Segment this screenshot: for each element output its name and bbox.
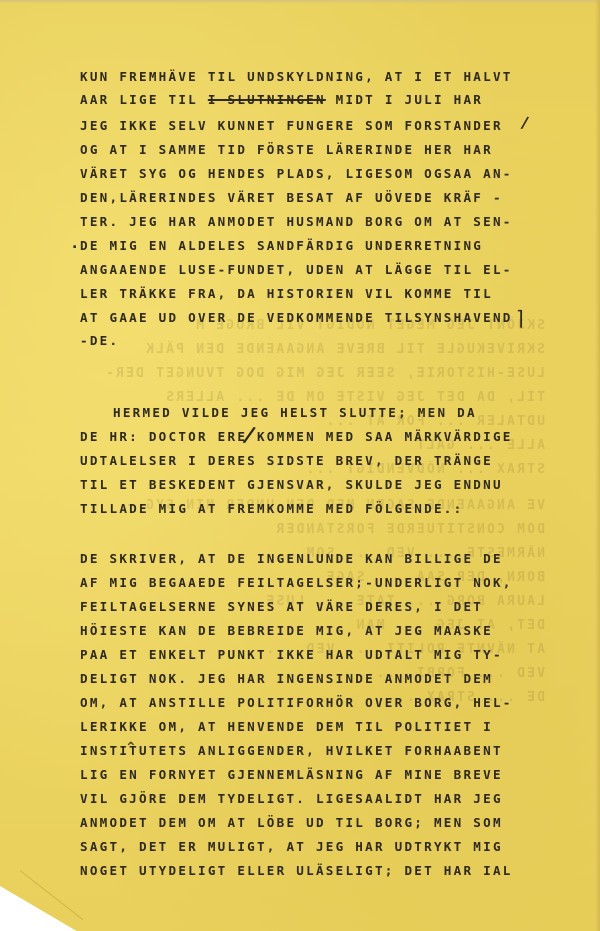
- text-line: FEILTAGELSERNE SYNES AT VÄRE DERES, I DE…: [80, 601, 483, 614]
- text-line: NOGET UTYDELIGT ELLER ULÄSELIGT; DET HAR…: [80, 865, 513, 878]
- text-line: DE MIG EN ALDELES SANDFÄRDIG UNDERRETNIN…: [80, 240, 483, 253]
- text-line: UDTALELSER I DERES SIDSTE BREV, DER TRÄN…: [80, 455, 493, 468]
- bleed-through-line: SKRIVEKUGLE TIL BREVE ANGAAENDE DEN PÄLK: [85, 342, 545, 357]
- text-line: LERIKKE OM, AT HENVENDE DEM TIL POLITIET…: [80, 721, 493, 734]
- line-prefix: AAR LIGE TIL: [80, 92, 208, 107]
- text-line: INSTITUTETS ANLIGGENDER, HVILKET FORHAAB…: [80, 745, 503, 758]
- text-line: LER TRÄKKE FRA, DA HISTORIEN VIL KOMME T…: [80, 288, 493, 301]
- text-line: HÖIESTE KAN DE BEBREIDE MIG, AT JEG MAAS…: [80, 625, 493, 638]
- paper-right-edge: [595, 0, 600, 931]
- text-line: -DE.: [80, 335, 119, 348]
- handwritten-comma-mark: /: [520, 113, 530, 133]
- text-line: PAA ET ENKELT PUNKT IKKE HAR UDTALT MIG …: [80, 649, 503, 662]
- text-line: JEG IKKE SELV KUNNET FUNGERE SOM FORSTAN…: [80, 120, 503, 133]
- text-line: VÄRET SYG OG HENDES PLADS, LIGESOM OGSAA…: [80, 168, 513, 181]
- struck-out-word: I SLUTNINGEN: [208, 92, 326, 107]
- bleed-through-line: DOM CONSTITUERDE FORSTANDER: [85, 522, 545, 537]
- text-line: DE SKRIVER, AT DE INGENLUNDE KAN BILLIGE…: [80, 553, 503, 566]
- text-line: SAGT, DET ER MULIGT, AT JEG HAR UDTRYKT …: [80, 841, 503, 854]
- text-line: DELIGT NOK. JEG HAR INGENSINDE ANMODET D…: [80, 673, 493, 686]
- text-line: LIG EN FORNYET GJENNEMLÄSNING AF MINE BR…: [80, 769, 503, 782]
- line-suffix: MIDT I JULI HAR: [326, 92, 483, 107]
- bleed-through-line: TIL, DA DET JEG VISTE OM DE ... ALLERS: [85, 390, 545, 405]
- text-line: DE HR: DOCTOR ERE KOMMEN MED SAA MÄRKVÄR…: [80, 431, 513, 444]
- text-line: VIL GJÖRE DEM TYDELIGT. LIGESAALIDT HAR …: [80, 793, 503, 806]
- letter-page: SKJÖNT JEG MEGET NÖDIGT VIL BRUGE MSKRIV…: [0, 0, 600, 931]
- text-line: AT GAAE UD OVER DE VEDKOMMENDE TILSYNSHA…: [80, 312, 513, 325]
- text-line: DEN,LÄRERINDES VÄRET BESAT AF UÖVEDE KRÄ…: [80, 192, 503, 205]
- text-line: KUN FREMHÄVE TIL UNDSKYLDNING, AT I ET H…: [80, 71, 513, 84]
- text-line: ANGAAENDE LUSE-FUNDET, UDEN AT LÄGGE TIL…: [80, 264, 513, 277]
- text-line: TILLADE MIG AT FREMKOMME MED FÖLGENDE.:: [80, 503, 463, 516]
- text-line-with-strikethrough: AAR LIGE TIL I SLUTNINGEN MIDT I JULI HA…: [80, 94, 483, 107]
- text-line: OG AT I SAMME TID FÖRSTE LÄRERINDE HER H…: [80, 144, 493, 157]
- text-line: TIL ET BESKEDENT GJENSVAR, SKULDE JEG EN…: [80, 479, 503, 492]
- folded-page-corner: [0, 871, 90, 931]
- handwritten-hook-mark: ⌉: [516, 306, 524, 330]
- handwritten-insertion-caret: ⌃: [125, 740, 137, 756]
- text-line-indented: HERMED VILDE JEG HELST SLUTTE; MEN DA: [113, 407, 477, 420]
- bleed-through-line: LUSE-HISTORIE, SEER JEG MIG DOG TVUNGET …: [85, 366, 545, 381]
- paper-top-edge: [0, 0, 600, 4]
- text-line: AF MIG BEGAAEDE FEILTAGELSER;-UNDERLIGT …: [80, 577, 513, 590]
- text-line: ANMODET DEM OM AT LÖBE UD TIL BORG; MEN …: [80, 817, 503, 830]
- text-line: TER. JEG HAR ANMODET HUSMAND BORG OM AT …: [80, 216, 513, 229]
- handwritten-margin-dot: .: [72, 236, 77, 252]
- text-line: OM, AT ANSTILLE POLITIFORHÖR OVER BORG, …: [80, 697, 513, 710]
